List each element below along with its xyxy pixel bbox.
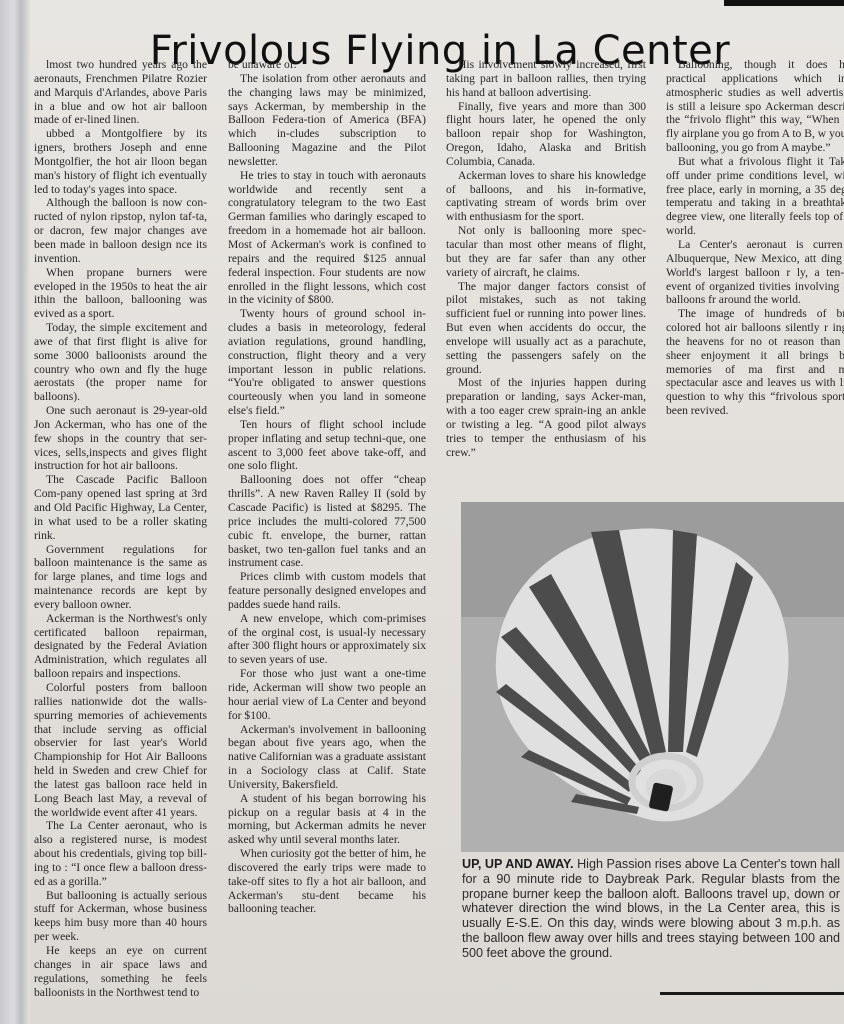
balloon-photo — [461, 502, 844, 852]
paragraph: But what a frivolous flight it Taking of… — [666, 155, 844, 238]
caption-lead: UP, UP AND AWAY. — [462, 857, 574, 871]
paragraph: The image of hundreds of brigh colored h… — [666, 307, 844, 418]
paragraph: La Center's aeronaut is curren in Albuqu… — [666, 238, 844, 307]
caption-body: High Passion rises above La Center's tow… — [462, 857, 840, 960]
article-column-4: Ballooning, though it does have practica… — [666, 58, 844, 418]
closing-rule — [660, 992, 844, 995]
photo-caption: UP, UP AND AWAY. High Passion rises abov… — [462, 857, 840, 961]
paragraph: Ballooning, though it does have practica… — [666, 58, 844, 155]
newspaper-page: Frivolous Flying in La Center lmost two … — [0, 0, 844, 1024]
hot-air-balloon-icon — [461, 502, 844, 852]
